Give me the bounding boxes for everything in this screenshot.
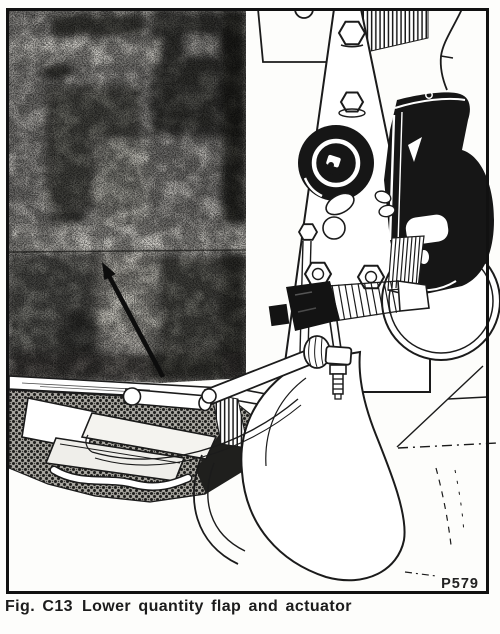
floor-lines bbox=[397, 366, 498, 576]
figure-number: Fig. C13 bbox=[5, 598, 73, 615]
figure-caption: Fig. C13Lower quantity flap and actuator bbox=[5, 598, 497, 616]
motor-housing bbox=[384, 92, 494, 296]
figure-title: Lower quantity flap and actuator bbox=[82, 598, 352, 615]
figure-illustration: P579 bbox=[0, 0, 500, 634]
lower-quantity-flap bbox=[9, 388, 252, 502]
grease-nipple bbox=[333, 374, 343, 399]
halftone-photo-inset bbox=[9, 11, 246, 383]
photo-ref-label: P579 bbox=[441, 576, 479, 592]
manual-page: P579 Fig. C13Lower quantity flap and act… bbox=[0, 0, 500, 634]
